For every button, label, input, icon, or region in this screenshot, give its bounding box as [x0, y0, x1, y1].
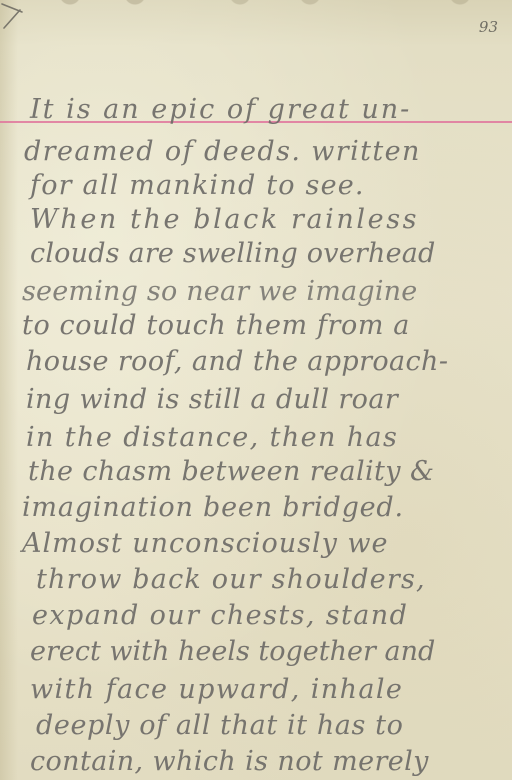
- text-line: deeply of all that it has to: [36, 712, 403, 739]
- text-line: When the black rainless: [30, 206, 419, 233]
- text-line: erect with heels together and: [30, 638, 435, 665]
- manuscript-page: 93 It is an epic of great un- dreamed of…: [0, 0, 512, 780]
- text-line: for all mankind to see.: [30, 172, 365, 199]
- text-line: the chasm between reality &: [28, 458, 434, 485]
- text-line: dreamed of deeds. written: [24, 138, 421, 165]
- text-line: ing wind is still a dull roar: [26, 386, 398, 413]
- text-line: in the distance, then has: [26, 424, 398, 451]
- text-line: contain, which is not merely: [30, 748, 429, 775]
- text-line: to could touch them from a: [22, 312, 410, 339]
- page-number: 93: [479, 18, 498, 36]
- text-line: house roof, and the approach-: [26, 348, 448, 375]
- text-line: expand our chests, stand: [32, 602, 408, 629]
- text-line: Almost unconsciously we: [22, 530, 389, 557]
- text-line: throw back our shoulders,: [36, 566, 426, 593]
- text-line: clouds are swelling overhead: [30, 240, 436, 267]
- text-line: imagination been bridged.: [22, 494, 404, 521]
- corner-fold-mark: [0, 2, 26, 30]
- text-line: It is an epic of great un-: [30, 96, 411, 123]
- paper-top-edge: [0, 0, 512, 8]
- text-line: seeming so near we imagine: [22, 278, 417, 305]
- text-line: with face upward, inhale: [30, 676, 403, 703]
